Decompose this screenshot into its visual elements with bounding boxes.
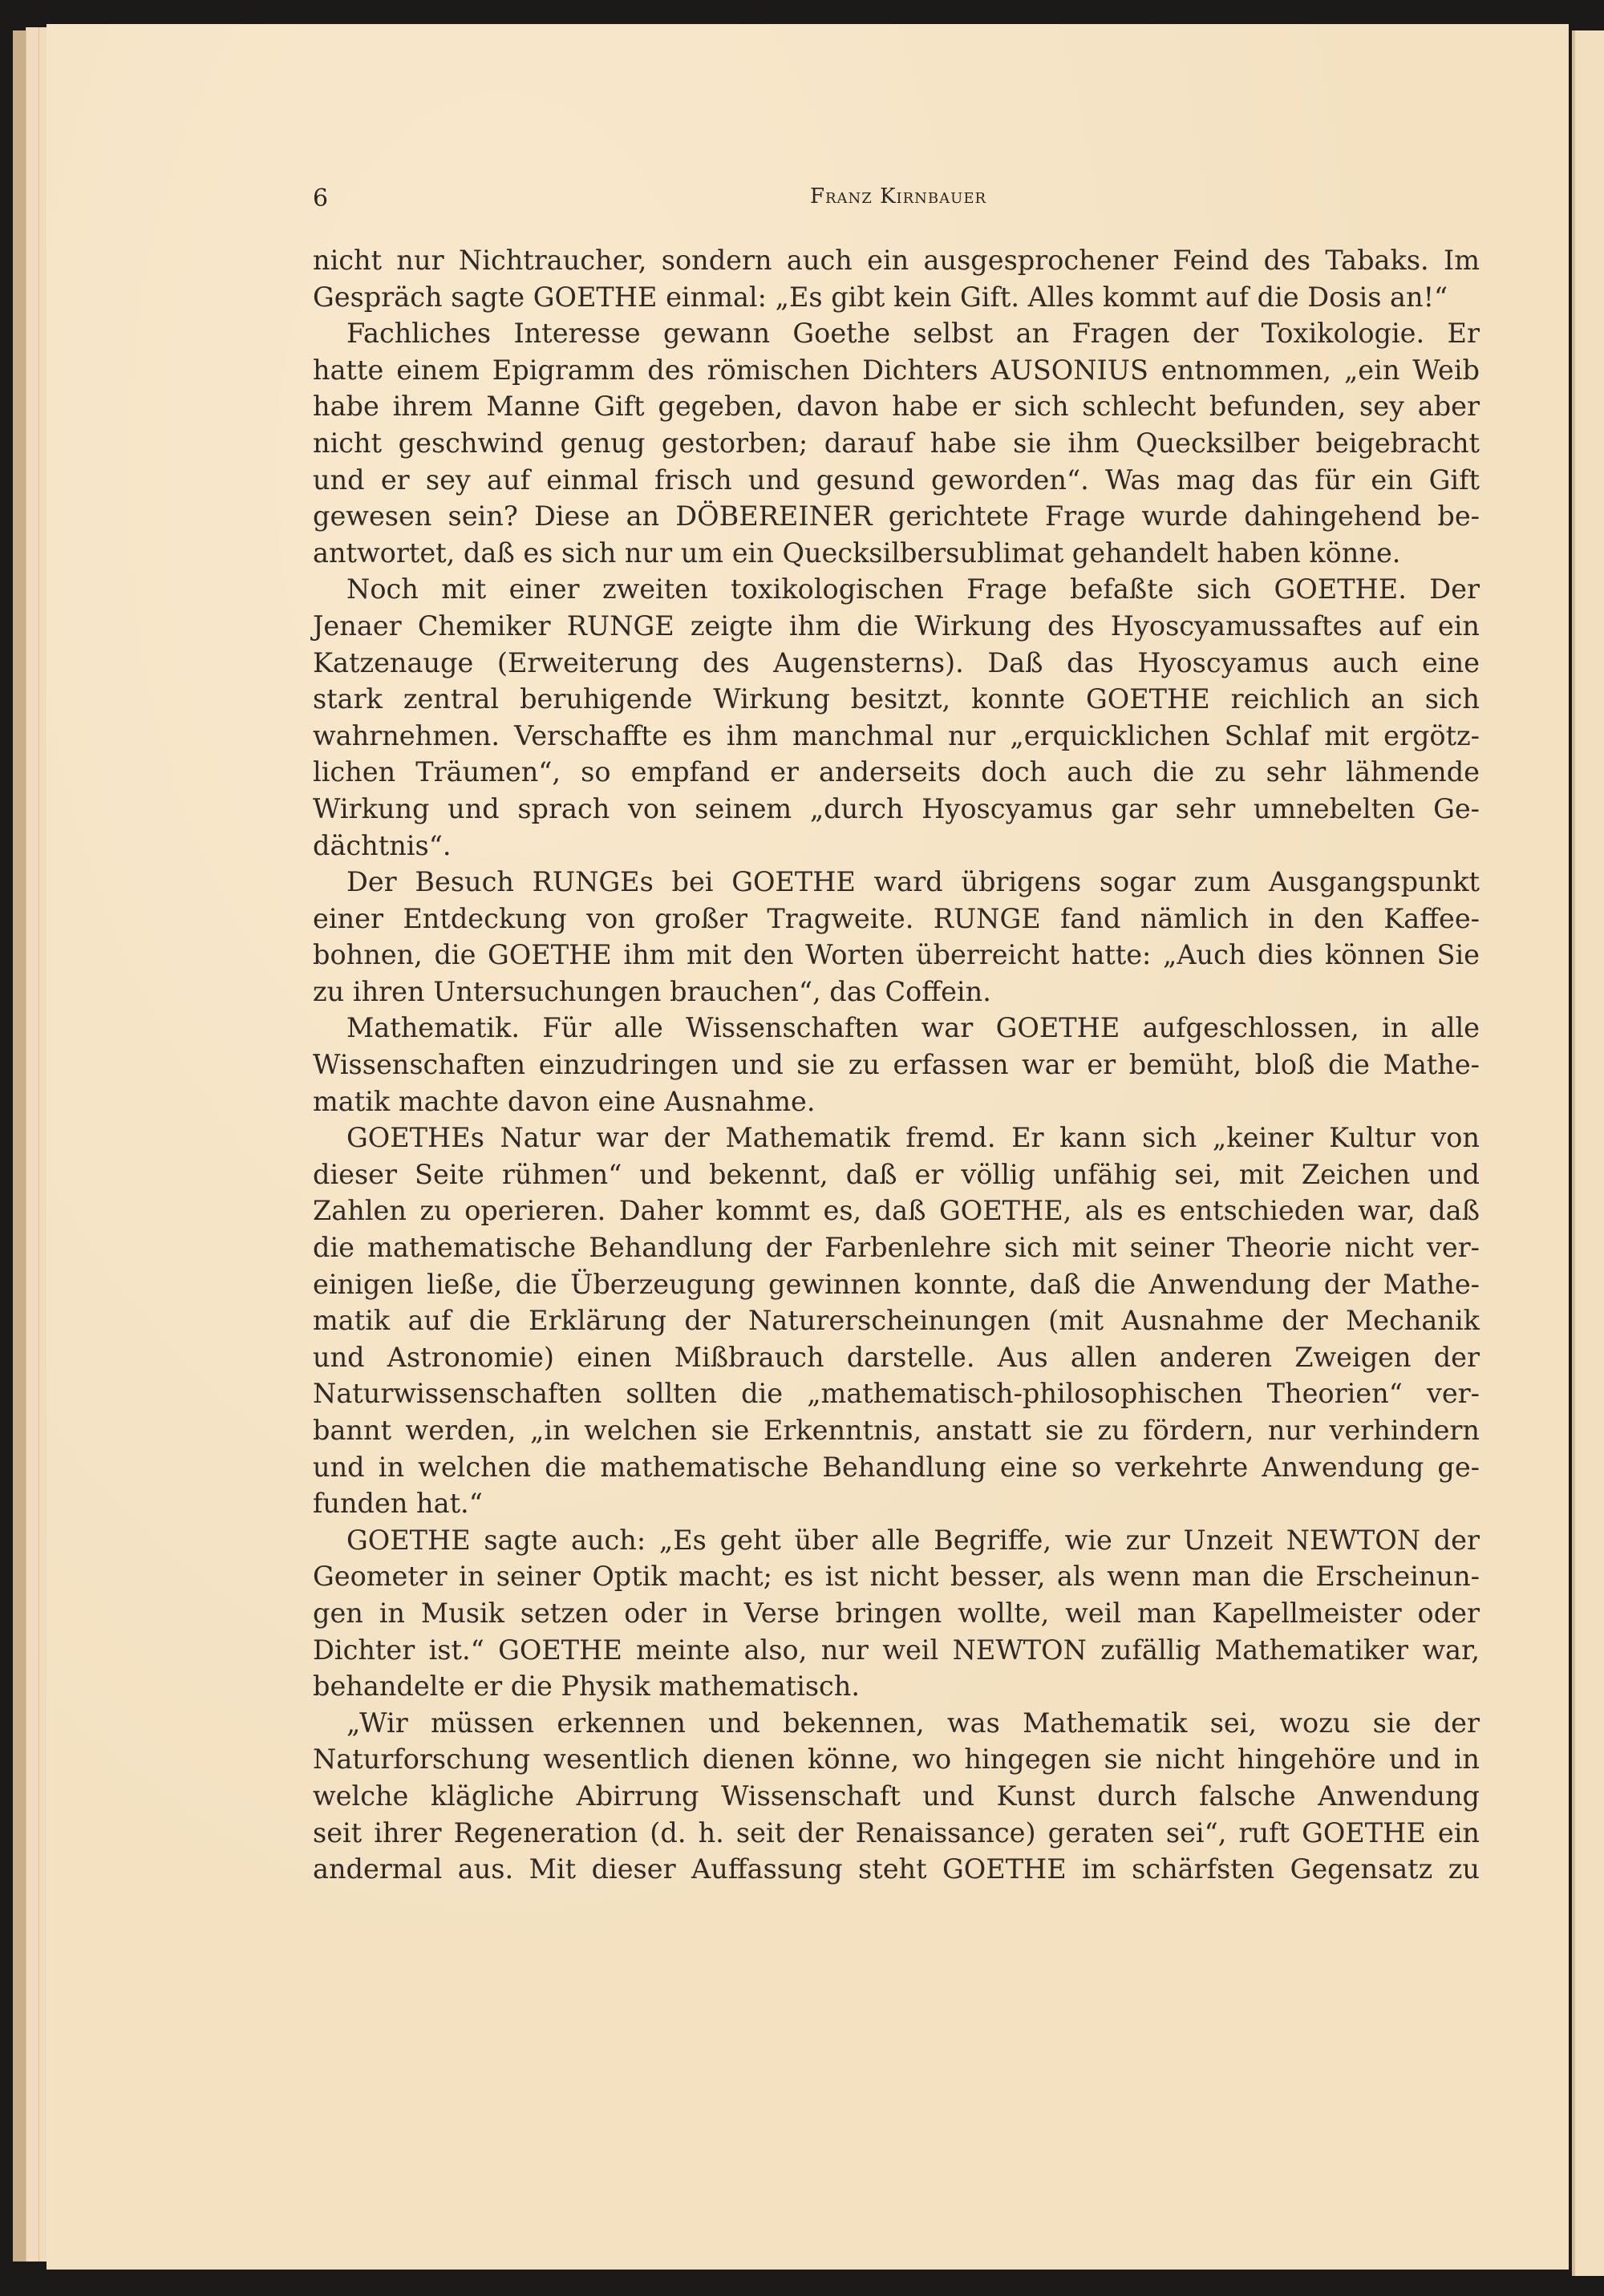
text-line: GOETHE sagte auch: „Es geht über alle Be…	[313, 1522, 1480, 1559]
text-line: und er sey auf einmal frisch und gesund …	[313, 462, 1480, 499]
text-line: Dichter ist.“ GOETHE meinte also, nur we…	[313, 1632, 1480, 1669]
text-line: matik machte davon eine Ausnahme.	[313, 1083, 1480, 1120]
text-line: einer Entdeckung von großer Tragweite. R…	[313, 901, 1480, 937]
text-line: antwortet, daß es sich nur um ein Quecks…	[313, 535, 1480, 572]
text-line: Noch mit einer zweiten toxikologischen F…	[313, 571, 1480, 608]
text-line: lichen Träumen“, so empfand er anderseit…	[313, 754, 1480, 791]
text-line: Katzenauge (Erweiterung des Augensterns)…	[313, 645, 1480, 682]
text-line: stark zentral beruhigende Wirkung besitz…	[313, 681, 1480, 718]
text-line: funden hat.“	[313, 1485, 1480, 1522]
text-line: gewesen sein? Diese an DÖBEREINER gerich…	[313, 498, 1480, 535]
text-line: Zahlen zu operieren. Daher kommt es, daß…	[313, 1193, 1480, 1229]
text-line: „Wir müssen erkennen und bekennen, was M…	[313, 1705, 1480, 1742]
text-line: wahrnehmen. Verschaffte es ihm manchmal …	[313, 718, 1480, 755]
text-line: behandelte er die Physik mathematisch.	[313, 1668, 1480, 1705]
text-line: GOETHEs Natur war der Mathematik fremd. …	[313, 1120, 1480, 1156]
text-line: dieser Seite rühmen“ und bekennt, daß er…	[313, 1156, 1480, 1193]
text-line: bohnen, die GOETHE ihm mit den Worten üb…	[313, 937, 1480, 974]
text-line: Fachliches Interesse gewann Goethe selbs…	[313, 315, 1480, 352]
text-line: Jenaer Chemiker RUNGE zeigte ihm die Wir…	[313, 608, 1480, 645]
text-line: und in welchen die mathematische Behandl…	[313, 1449, 1480, 1486]
text-line: habe ihrem Manne Gift gegeben, davon hab…	[313, 388, 1480, 425]
text-line: gen in Musik setzen oder in Verse bringe…	[313, 1595, 1480, 1632]
text-line: dächtnis“.	[313, 828, 1480, 865]
body-text: nicht nur Nichtraucher, sondern auch ein…	[313, 242, 1480, 1888]
text-line: Der Besuch RUNGEs bei GOETHE ward übrige…	[313, 864, 1480, 901]
text-line: Naturforschung wesentlich dienen könne, …	[313, 1741, 1480, 1778]
text-line: Mathematik. Für alle Wissenschaften war …	[313, 1010, 1480, 1047]
text-line: Wirkung und sprach von seinem „durch Hyo…	[313, 791, 1480, 828]
text-line: seit ihrer Regeneration (d. h. seit der …	[313, 1815, 1480, 1852]
text-line: einigen ließe, die Überzeugung gewinnen …	[313, 1266, 1480, 1303]
text-line: welche klägliche Abirrung Wissenschaft u…	[313, 1778, 1480, 1815]
text-line: und Astronomie) einen Mißbrauch darstell…	[313, 1339, 1480, 1376]
text-line: andermal aus. Mit dieser Auffassung steh…	[313, 1851, 1480, 1888]
facing-page-edge	[1572, 30, 1604, 2276]
text-line: zu ihren Untersuchungen brauchen“, das C…	[313, 974, 1480, 1010]
text-line: nicht geschwind genug gestorben; darauf …	[313, 425, 1480, 462]
text-line: Gespräch sagte GOETHE einmal: „Es gibt k…	[313, 279, 1480, 316]
text-line: Wissenschaften einzudringen und sie zu e…	[313, 1047, 1480, 1083]
text-line: die mathematische Behandlung der Farbenl…	[313, 1229, 1480, 1266]
text-line: bannt werden, „in welchen sie Erkenntnis…	[313, 1412, 1480, 1449]
text-line: Naturwissenschaften sollten die „mathema…	[313, 1375, 1480, 1412]
text-line: nicht nur Nichtraucher, sondern auch ein…	[313, 242, 1480, 279]
text-line: hatte einem Epigramm des römischen Dicht…	[313, 352, 1480, 389]
text-line: matik auf die Erklärung der Naturerschei…	[313, 1302, 1480, 1339]
text-line: Geometer in seiner Optik macht; es ist n…	[313, 1558, 1480, 1595]
running-title: Franz Kirnbauer	[313, 184, 1484, 209]
running-head: 6 Franz Kirnbauer	[313, 184, 1484, 217]
